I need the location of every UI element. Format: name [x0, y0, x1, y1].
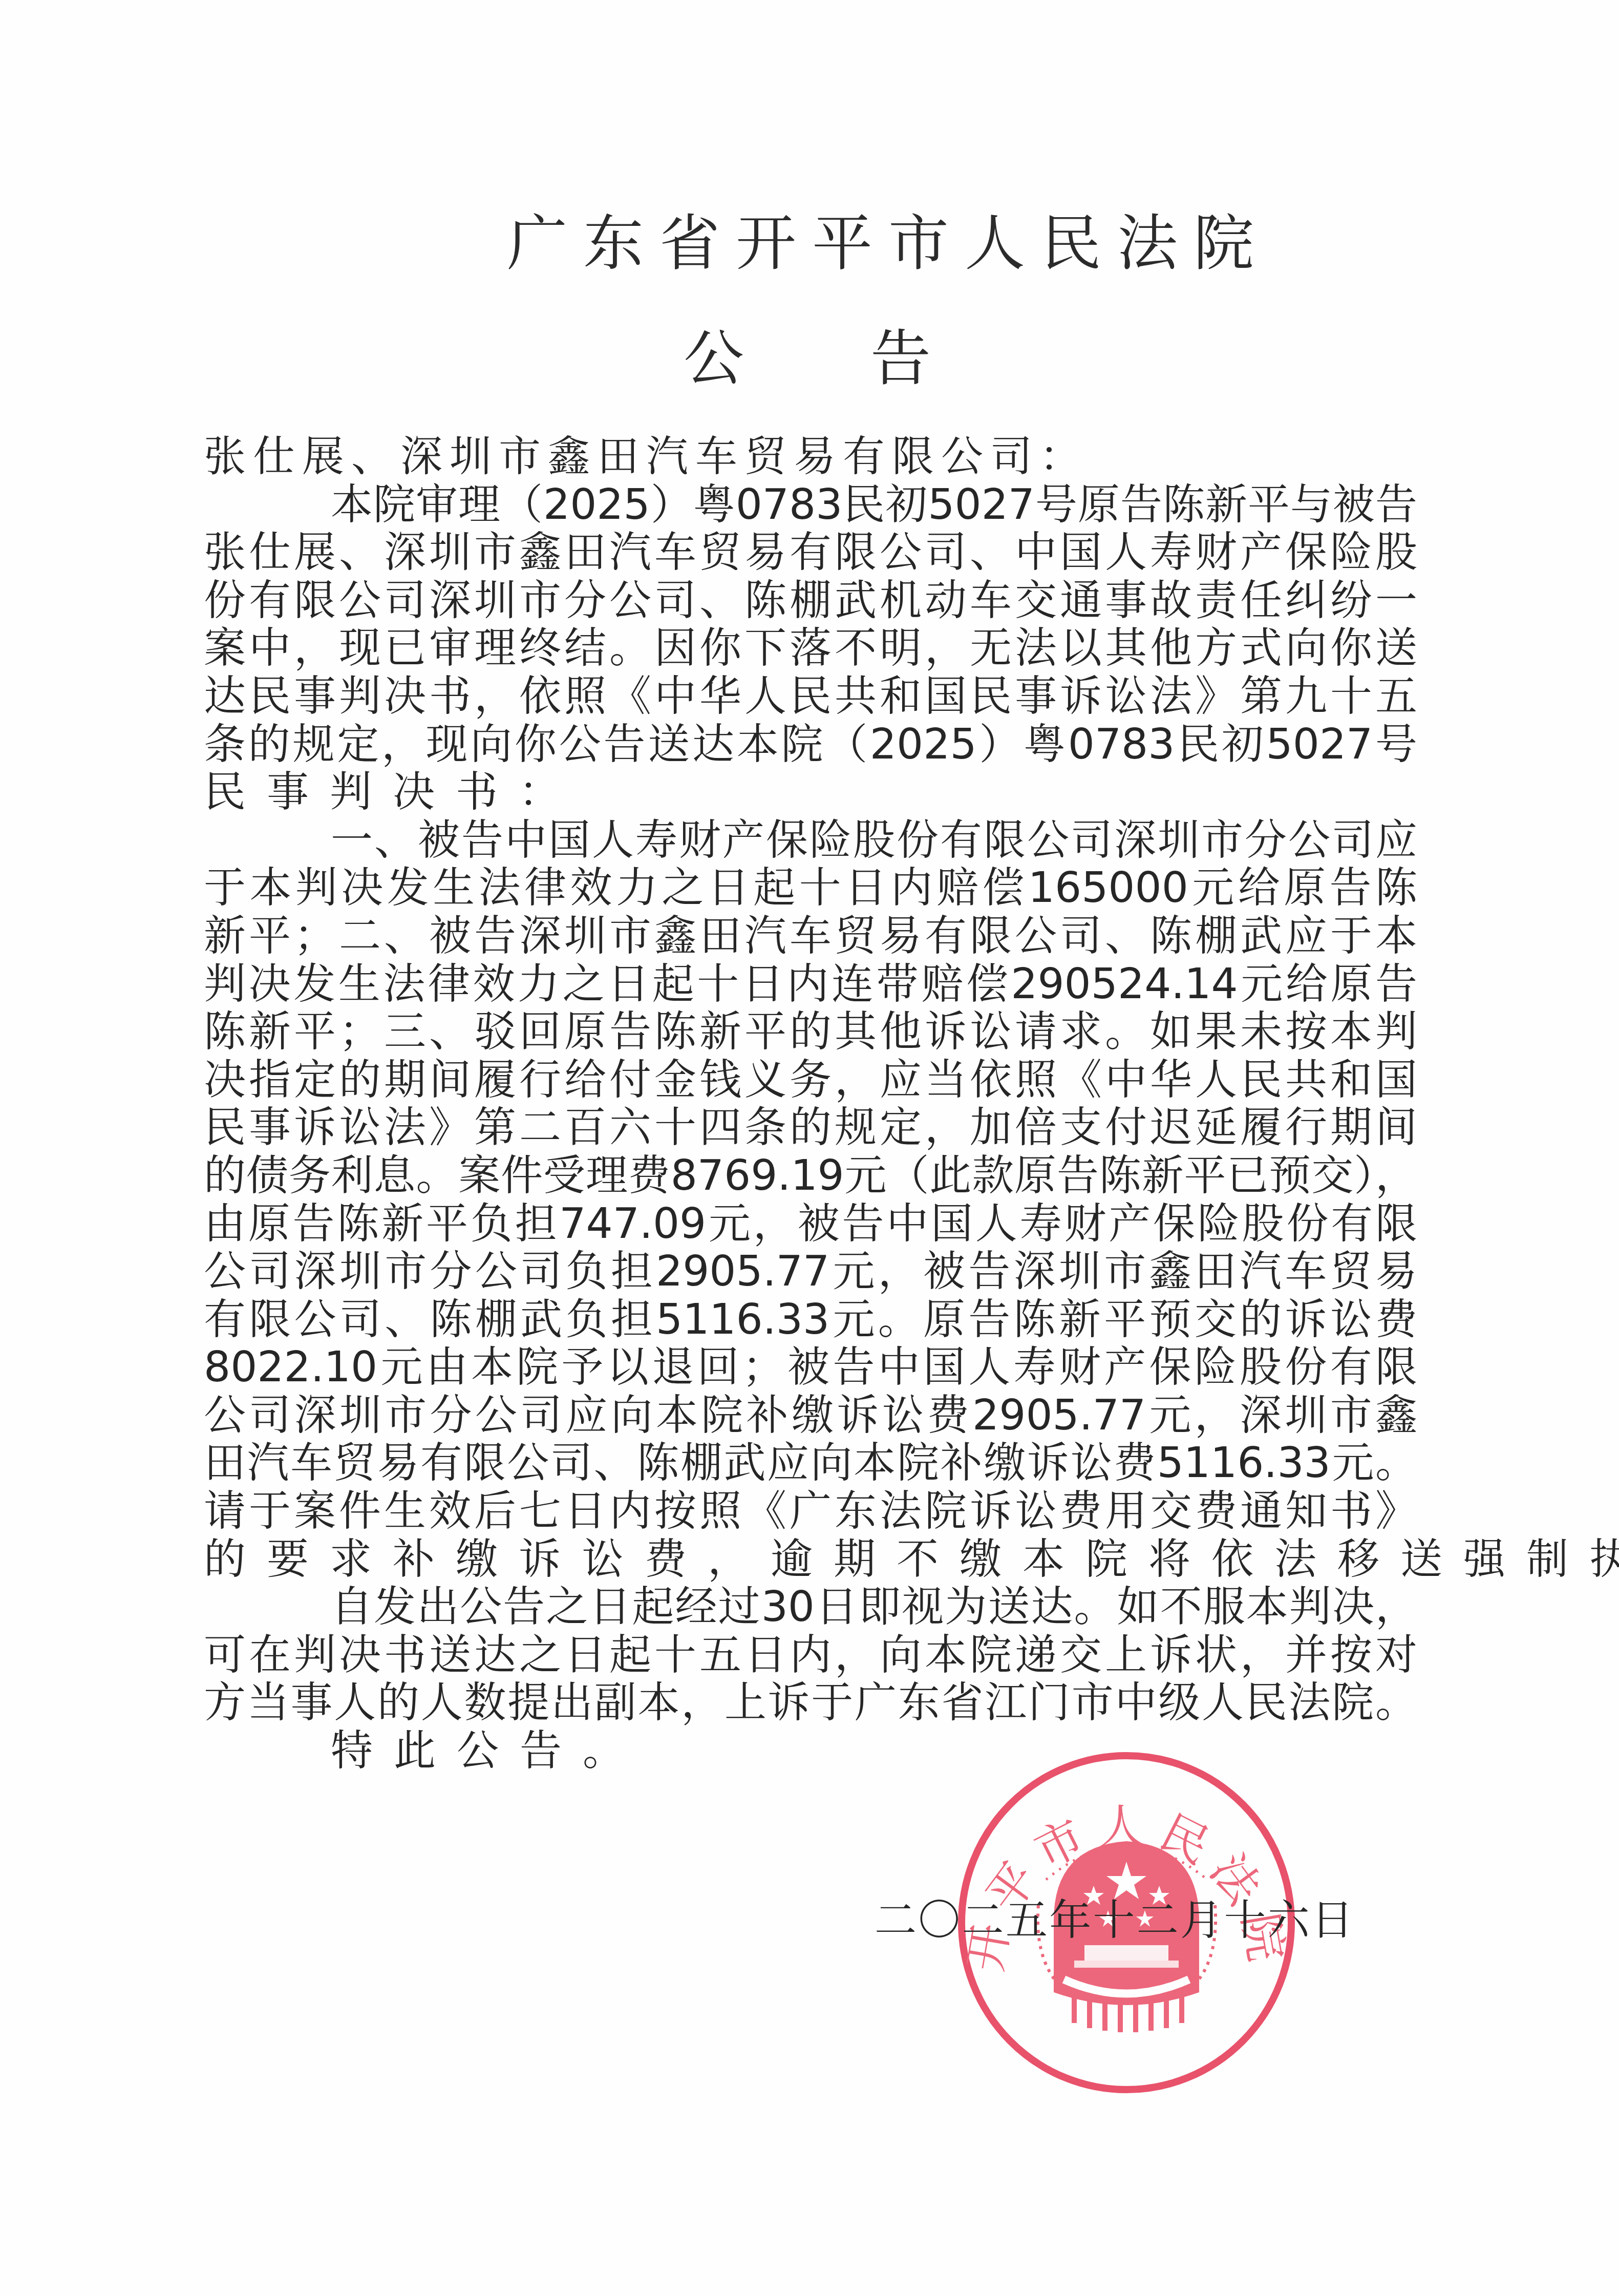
body-line: 公司深圳市分公司应向本院补缴诉讼费2905.77元，深圳市鑫	[204, 1392, 1417, 1440]
notice-date: 二〇二五年十二月十六日	[875, 1895, 1353, 1946]
body-line: 一、被告中国人寿财产保险股份有限公司深圳市分公司应	[204, 816, 1417, 865]
body-line: 自发出公告之日起经过30日即视为送达。如不服本判决，	[204, 1583, 1417, 1631]
body-line: 8022.10元由本院予以退回；被告中国人寿财产保险股份有限	[204, 1343, 1417, 1392]
court-name-heading: 广东省开平市人民法院	[507, 207, 1116, 279]
notice-title-char-2: 告	[870, 323, 931, 394]
body-line: 由原告陈新平负担747.09元，被告中国人寿财产保险股份有限	[204, 1200, 1417, 1248]
body-line: 可在判决书送达之日起十五日内，向本院递交上诉状，并按对	[204, 1631, 1417, 1679]
body-line: 份有限公司深圳市分公司、陈棚武机动车交通事故责任纠纷一	[204, 577, 1417, 625]
body-line: 田汽车贸易有限公司、陈棚武应向本院补缴诉讼费5116.33元。	[204, 1439, 1417, 1487]
body-line: 条的规定，现向你公告送达本院（2025）粤0783民初5027号	[204, 721, 1417, 769]
body-line: 民事判决书：	[204, 768, 1417, 816]
body-line: 民事诉讼法》第二百六十四条的规定，加倍支付迟延履行期间	[204, 1104, 1417, 1152]
body-line: 的债务利息。案件受理费8769.19元（此款原告陈新平已预交），	[204, 1152, 1417, 1200]
body-line: 张仕展、深圳市鑫田汽车贸易有限公司、中国人寿财产保险股	[204, 529, 1417, 577]
addressee-line: 张仕展、深圳市鑫田汽车贸易有限公司：	[204, 433, 1417, 481]
body-line: 新平；二、被告深圳市鑫田汽车贸易有限公司、陈棚武应于本	[204, 912, 1417, 960]
body-line: 判决发生法律效力之日起十日内连带赔偿290524.14元给原告	[204, 960, 1417, 1008]
body-line: 有限公司、陈棚武负担5116.33元。原告陈新平预交的诉讼费	[204, 1296, 1417, 1344]
body-line: 公司深圳市分公司负担2905.77元，被告深圳市鑫田汽车贸易	[204, 1248, 1417, 1296]
body-line: 请于案件生效后七日内按照《广东法院诉讼费用交费通知书》	[204, 1487, 1417, 1535]
notice-title-char-1: 公	[684, 323, 744, 394]
body-line: 方当事人的人数提出副本，上诉于广东省江门市中级人民法院。	[204, 1679, 1417, 1727]
body-line: 陈新平；三、驳回原告陈新平的其他诉讼请求。如果未按本判	[204, 1008, 1417, 1056]
body-line: 本院审理（2025）粤0783民初5027号原告陈新平与被告	[204, 481, 1417, 529]
body-line: 达民事判决书，依照《中华人民共和国民事诉讼法》第九十五	[204, 672, 1417, 721]
body-line: 于本判决发生法律效力之日起十日内赔偿165000元给原告陈	[204, 864, 1417, 912]
body-line: 案中，现已审理终结。因你下落不明，无法以其他方式向你送	[204, 624, 1417, 672]
court-notice-page: 广东省开平市人民法院 公 告 张仕展、深圳市鑫田汽车贸易有限公司： 本院审理（2…	[0, 0, 1619, 2296]
body-line: 决指定的期间履行给付金钱义务，应当依照《中华人民共和国	[204, 1056, 1417, 1104]
body-line: 的要求补缴诉讼费，逾期不缴本院将依法移送强制执行。	[204, 1535, 1417, 1584]
body-lines: 本院审理（2025）粤0783民初5027号原告陈新平与被告张仕展、深圳市鑫田汽…	[204, 481, 1417, 1775]
notice-body: 张仕展、深圳市鑫田汽车贸易有限公司： 本院审理（2025）粤0783民初5027…	[204, 433, 1417, 1775]
